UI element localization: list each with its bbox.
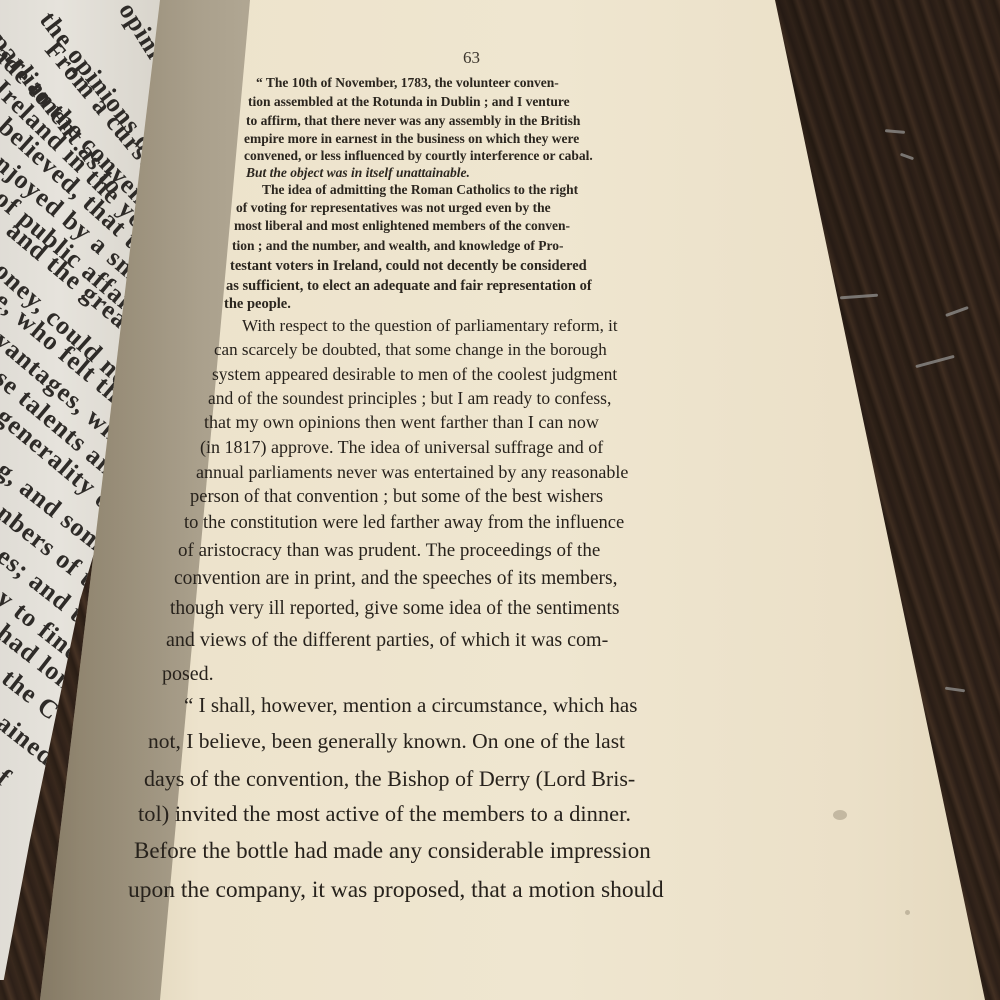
facing-line: f [0, 763, 17, 793]
body-line: convention are in print, and the speeche… [174, 568, 618, 590]
body-line: Before the bottle had made any considera… [134, 838, 651, 864]
body-line: annual parliaments never was entertained… [196, 462, 628, 483]
photo-scene: opinions facts, the e. parliament as to … [0, 0, 1000, 1000]
body-line: not, I believe, been generally known. On… [148, 729, 625, 754]
body-line: upon the company, it was proposed, that … [128, 877, 664, 904]
body-line: person of that convention ; but some of … [190, 487, 603, 508]
body-line: With respect to the question of parliame… [242, 316, 618, 336]
wood-scratch [900, 153, 914, 161]
body-line: to the constitution were led farther awa… [184, 513, 624, 534]
footnote-line: of voting for representatives was not ur… [236, 200, 551, 216]
body-line: and of the soundest principles ; but I a… [208, 388, 611, 409]
body-line: of aristocracy than was prudent. The pro… [178, 540, 600, 562]
footnote-line: the people. [224, 296, 291, 313]
body-line: system appeared desirable to men of the … [212, 364, 617, 385]
footnote-line: as sufficient, to elect an adequate and … [226, 278, 592, 295]
footnote-line: to affirm, that there never was any asse… [246, 113, 580, 129]
wood-scratch [915, 355, 954, 368]
paper-spot [905, 910, 910, 915]
wood-scratch [840, 294, 878, 300]
wood-scratch [945, 306, 969, 317]
body-line: can scarcely be doubted, that some chang… [214, 340, 607, 360]
body-line: though very ill reported, give some idea… [170, 598, 619, 620]
wood-scratch [885, 129, 905, 134]
footnote-line: most liberal and most enlightened member… [234, 218, 570, 234]
footnote-line: tion assembled at the Rotunda in Dublin … [248, 94, 570, 110]
footnote-line: The idea of admitting the Roman Catholic… [262, 182, 578, 198]
paper-spot [833, 810, 847, 820]
footnote-line: empire more in earnest in the business o… [244, 131, 579, 147]
footnote-line: tion ; and the number, and wealth, and k… [232, 238, 564, 254]
body-line: “ I shall, however, mention a circumstan… [184, 693, 637, 718]
body-line: days of the convention, the Bishop of De… [144, 766, 635, 792]
body-line: posed. [162, 663, 214, 686]
footnote-line: testant voters in Ireland, could not dec… [230, 258, 587, 275]
footnote-line: But the object was in itself unattainabl… [246, 165, 470, 181]
body-line: that my own opinions then went farther t… [204, 412, 599, 433]
page-number: 63 [463, 48, 480, 68]
wood-scratch [945, 687, 965, 693]
body-line: (in 1817) approve. The idea of universal… [200, 437, 603, 458]
body-line: and views of the different parties, of w… [166, 629, 608, 652]
footnote-line: “ The 10th of November, 1783, the volunt… [256, 75, 559, 91]
footnote-line: convened, or less influenced by courtly … [244, 148, 593, 164]
body-line: tol) invited the most active of the memb… [138, 801, 631, 827]
